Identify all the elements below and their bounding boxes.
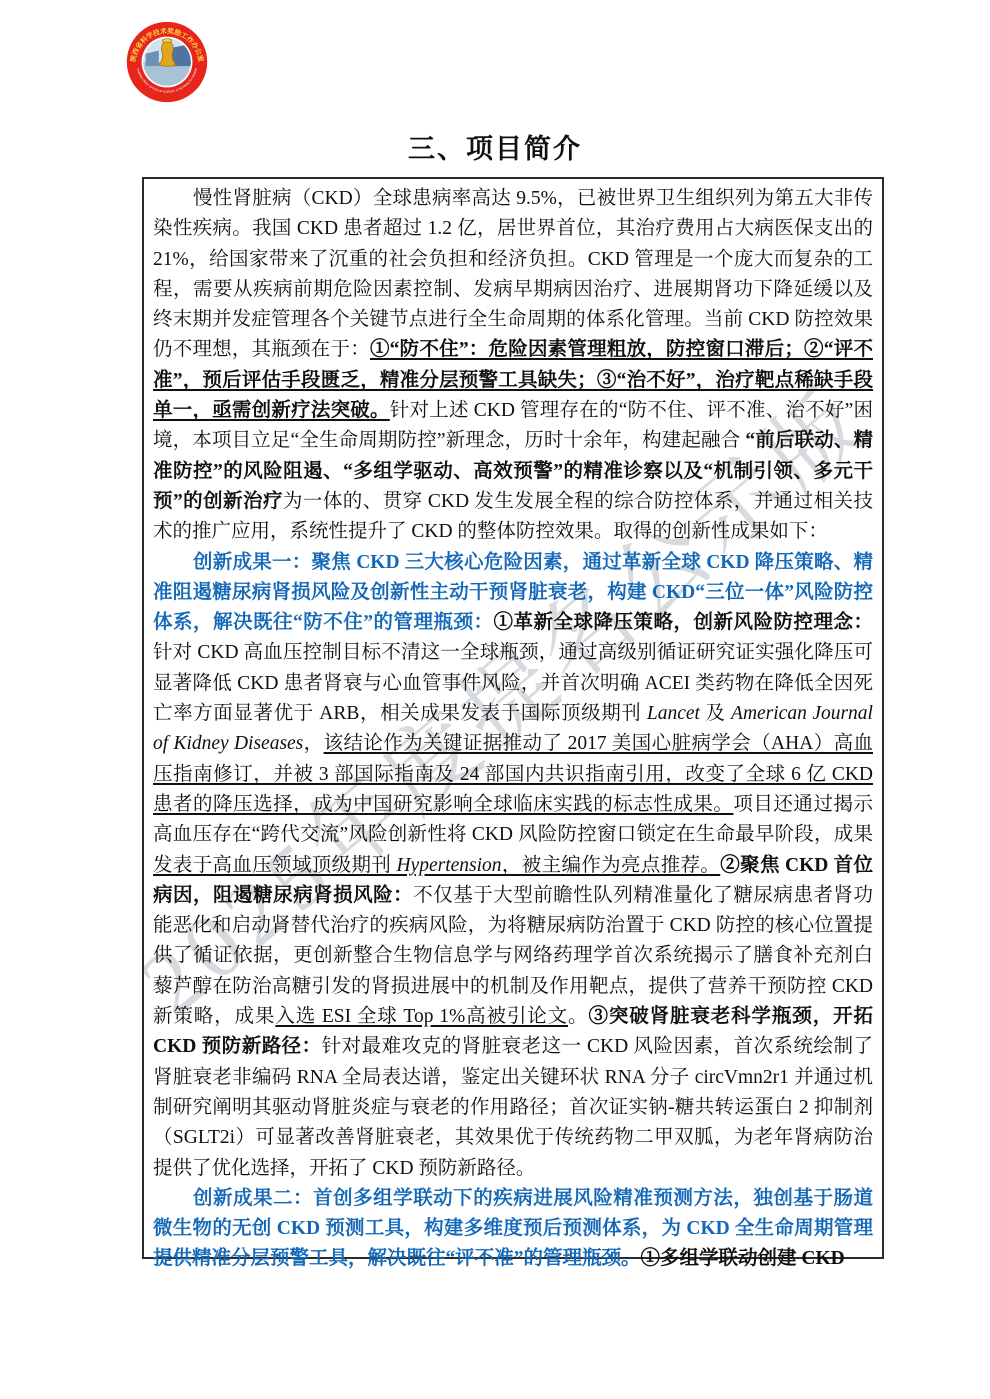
text-run: 慢性肾脏病（CKD）全球患病率高达 9.5%，已被世界卫生组织列为第五大非传染性… — [153, 188, 873, 360]
paragraph-achievement-2: 创新成果二：首创多组学联动下的疾病进展风险精准预测方法，独创基于肠道微生物的无创… — [153, 1184, 873, 1275]
text-run: Hypertension — [396, 855, 501, 876]
text-run: 及 — [700, 703, 731, 724]
text-run: ， — [303, 733, 323, 754]
text-run: 。 — [568, 1006, 588, 1027]
text-run: Lancet — [647, 703, 700, 724]
text-run: ①多组学联动创建 CKD — [641, 1248, 845, 1269]
section-title: 三、项目简介 — [0, 127, 990, 166]
paragraph-achievement-1: 创新成果一：聚焦 CKD 三大核心危险因素，通过革新全球 CKD 降压策略、精准… — [153, 548, 873, 1184]
text-run: 入选 ESI 全球 Top 1%高被引论文 — [275, 1006, 568, 1027]
text-run: ①革新全球降压策略，创新风险防控理念： — [494, 612, 874, 633]
project-intro-box: 慢性肾脏病（CKD）全球患病率高达 9.5%，已被世界卫生组织列为第五大非传染性… — [142, 177, 884, 1259]
award-office-seal-icon: 陕西省科学技术奖励工作办公室 SHAANXI PROV. OFFICE OF S… — [126, 21, 208, 103]
paragraph-overview: 慢性肾脏病（CKD）全球患病率高达 9.5%，已被世界卫生组织列为第五大非传染性… — [153, 184, 873, 548]
text-run: 针对最难攻克的肾脏衰老这一 CKD 风险因素，首次系统绘制了肾脏衰老非编码 RN… — [153, 1036, 873, 1178]
text-run: 发表于高血压领域顶级期刊 — [153, 855, 396, 876]
text-run: ，被主编作为亮点推荐。 — [502, 855, 721, 876]
